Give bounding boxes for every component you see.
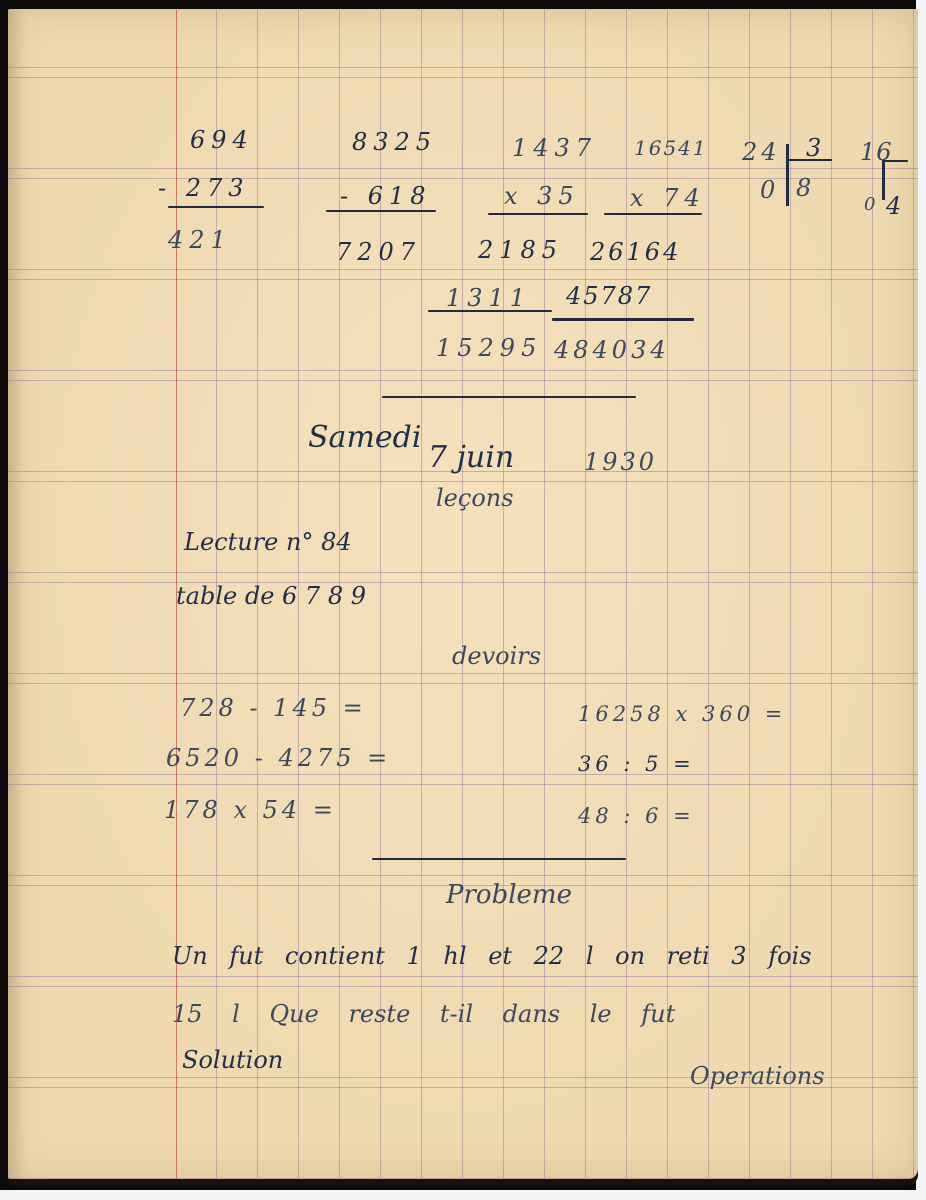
operation-top: 694 [190, 126, 254, 154]
solution-label: Solution [182, 1046, 283, 1074]
operation-result: 7207 [336, 238, 421, 266]
dividend: 24 [742, 138, 781, 166]
partial-product-1: 2185 [478, 236, 563, 264]
product-line [488, 213, 588, 215]
operation-top: 16541 [634, 136, 708, 160]
homework-exercise: 16258 x 360 = [578, 702, 786, 726]
operation-operand: x 35 [504, 182, 580, 210]
lesson-item: Lecture n° 84 [184, 528, 352, 556]
homework-exercise: 728 - 145 = [180, 694, 367, 722]
divisor-line [882, 160, 908, 162]
remainder: 0 [760, 176, 781, 204]
partial-product-2: 1311 [446, 284, 531, 312]
homework-exercise: 178 x 54 = [164, 796, 337, 824]
day-month: 7 juin [428, 440, 514, 475]
problem-text-line: 15 l Que reste t-il dans le fut [172, 1000, 675, 1028]
problem-heading: Probleme [446, 880, 572, 910]
operation-top: 1437 [512, 134, 597, 162]
lesson-item: table de 6 7 8 9 [176, 582, 366, 610]
day-name: Samedi [308, 420, 421, 455]
homework-exercise: 6520 - 4275 = [166, 744, 391, 772]
year: 1930 [584, 448, 657, 476]
quotient: 8 [796, 174, 817, 202]
separator-line [372, 858, 626, 860]
sum-line [428, 310, 552, 312]
division-bar [786, 144, 789, 206]
homework-heading: devoirs [452, 642, 541, 670]
partial-product-1: 26164 [590, 238, 681, 266]
operation-top: 8325 [352, 128, 437, 156]
operation-result: 421 [168, 226, 232, 254]
operation-operand: - 273 [158, 174, 250, 202]
operation-operand: - 618 [340, 182, 432, 210]
lessons-heading: leçons [436, 484, 514, 512]
homework-exercise: 48 : 6 = [578, 804, 695, 828]
remainder: 0 [864, 194, 881, 215]
sum-line [552, 318, 694, 321]
operation-operand: x 74 [630, 184, 706, 212]
partial-product-2: 45787 [566, 282, 652, 310]
product-line [604, 213, 702, 215]
separator-line [382, 396, 636, 398]
operation-result: 15295 [436, 334, 542, 362]
sum-line [168, 206, 264, 208]
operation-result: 484034 [554, 336, 670, 364]
problem-text-line: Un fut contient 1 hl et 22 l on reti 3 f… [172, 942, 812, 970]
sum-line [326, 210, 436, 212]
scan-edge-bottom [0, 1190, 926, 1200]
divisor: 3 [806, 134, 827, 162]
homework-exercise: 36 : 5 = [578, 752, 695, 776]
quotient: 4 [886, 192, 907, 220]
operations-label: Operations [690, 1062, 825, 1090]
division-bar [882, 160, 885, 200]
